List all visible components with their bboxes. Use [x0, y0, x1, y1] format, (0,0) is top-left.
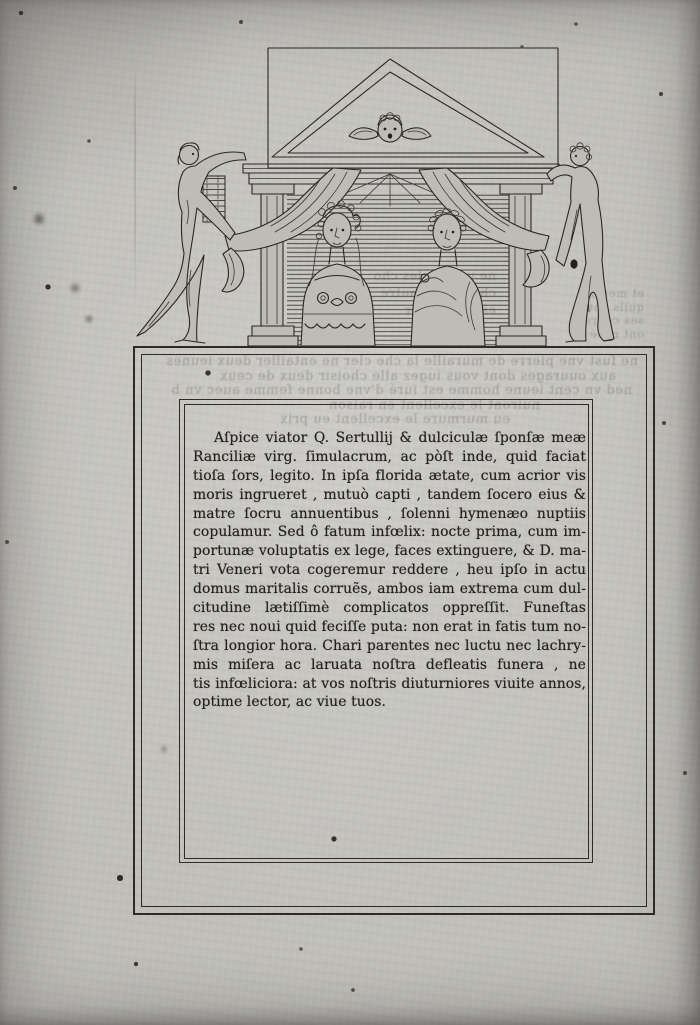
text-line-0: Aſpice viator Q. Sertullij & dulciculæ ſ… — [193, 429, 586, 448]
text-line-2: tioſa ſors, legito. In ipſa florida ætat… — [193, 467, 586, 486]
text-line-4: matre ſocru annuentibus , ſolenni hymenæ… — [193, 505, 586, 524]
text-line-7: tri Veneri vota cogeremur reddere , heu … — [193, 561, 586, 580]
text-line-1: Ranciliæ virg. ſimulacrum, ac pòſt inde,… — [193, 448, 586, 467]
right-genius-figure — [547, 143, 614, 342]
page-edge-shadow-bottom — [0, 1005, 700, 1025]
text-line-10: res nec noui quid feciſſe puta: non erat… — [193, 618, 586, 637]
foxing-specks — [0, 0, 2, 2]
text-line-11: ſtra longior hora. Chari parentes nec lu… — [193, 637, 586, 656]
cherub-icon — [349, 113, 431, 142]
text-line-5: copulamur. Sed ô fatum infœlix: nocte pr… — [193, 523, 586, 542]
foxing-spots-soft — [0, 0, 2, 2]
page-edge-shadow-right — [676, 0, 700, 1025]
text-line-6: portunæ voluptatis ex lege, faces exting… — [193, 542, 586, 561]
woodcut-illustration — [125, 40, 615, 350]
pediment — [268, 48, 558, 168]
scanned-book-page: ne vouloir les chochercher d'autreestoit… — [0, 0, 700, 1025]
text-line-13: tis infœliciora: at vos noſtris diuturni… — [193, 675, 586, 694]
text-line-12: mis miſera ac laruata noſtra defleatis f… — [193, 656, 586, 675]
epitaph-text-block: Aſpice viator Q. Sertullij & dulciculæ ſ… — [193, 429, 586, 712]
text-line-14: optime lector, ac viue tuos. — [193, 693, 586, 712]
text-line-8: domus maritalis corruẽs, ambos iam extre… — [193, 580, 586, 599]
text-line-9: citudine lætiſſimè complicatos oppreſſit… — [193, 599, 586, 618]
text-line-3: moris ingrueret , mutuò capti , tandem ſ… — [193, 486, 586, 505]
entablature — [243, 164, 559, 184]
